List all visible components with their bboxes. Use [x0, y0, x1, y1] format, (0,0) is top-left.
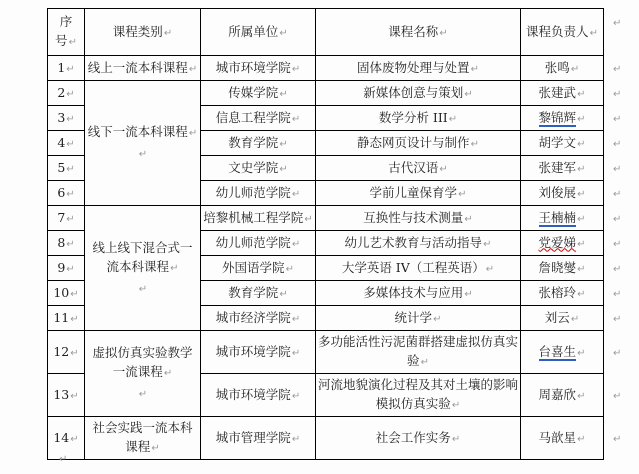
pilcrow-mark: ↵ [292, 189, 300, 200]
cell-leader: 詹晓燮↵ [521, 256, 604, 281]
leader-name: 马歆星 [539, 430, 577, 445]
cell-unit: 外国语学院↵ [201, 256, 316, 281]
pilcrow-mark: ↵ [577, 239, 585, 250]
pilcrow-mark: ↵ [139, 149, 147, 160]
cell-index: 3↵ [48, 106, 85, 131]
cell-index: 6↵ [48, 181, 85, 206]
pilcrow-mark: ↵ [279, 164, 287, 175]
row-end-mark: ↵ [604, 56, 634, 81]
pilcrow-mark: ↵ [458, 189, 466, 200]
pilcrow-mark: ↵ [613, 434, 621, 445]
cell-course: 大学英语 IV（工程英语）↵ [316, 256, 521, 281]
pilcrow-mark: ↵ [66, 64, 74, 75]
pilcrow-mark: ↵ [613, 264, 621, 275]
pilcrow-mark: ↵ [433, 314, 441, 325]
cell-category: 线下一流本科课程↵↵ [85, 81, 201, 206]
cell-leader: 马歆星↵ [521, 417, 604, 460]
pilcrow-mark: ↵ [292, 391, 300, 402]
cell-leader: 刘云↵ [521, 306, 604, 331]
pilcrow-mark: ↵ [421, 357, 429, 368]
category-label: 线上一流本科课程 [88, 60, 188, 75]
pilcrow-mark: ↵ [66, 264, 74, 275]
header-cell-4: 课程负责人↵ [521, 9, 604, 56]
header-row: 序 号↵课程类别↵所属单位↵课程名称↵课程负责人↵↵ [48, 9, 634, 56]
pilcrow-mark: ↵ [577, 189, 585, 200]
cell-unit: 教育学院↵ [201, 281, 316, 306]
pilcrow-mark: ↵ [613, 239, 621, 250]
pilcrow-mark: ↵ [452, 434, 460, 445]
cell-leader: 台喜生↵ [521, 331, 604, 374]
pilcrow-mark: ↵ [279, 89, 287, 100]
row-end-mark: ↵ [604, 256, 634, 281]
course-name: 多媒体技术与应用 [363, 285, 463, 300]
table-body: 1↵线上一流本科课程↵城市环境学院↵固体废物处理与处置↵张鸣↵↵2↵线下一流本科… [48, 56, 634, 460]
category-label: 社会实践一流本科课程 [92, 420, 192, 454]
row-number: 9 [57, 260, 65, 275]
cell-course: 统计学↵ [316, 306, 521, 331]
pilcrow-mark: ↵ [613, 214, 621, 225]
pilcrow-mark: ↵ [59, 454, 67, 465]
cell-leader: 张榕玲↵ [521, 281, 604, 306]
table-row: 7↵线上线下混合式一流本科课程↵↵培黎机械工程学院↵互换性与技术测量↵王楠楠↵↵ [48, 206, 634, 231]
cell-leader: 王楠楠↵ [521, 206, 604, 231]
row-number: 4 [57, 135, 65, 150]
course-table: 序 号↵课程类别↵所属单位↵课程名称↵课程负责人↵↵ 1↵线上一流本科课程↵城市… [47, 8, 634, 460]
header-label-1: 课程类别 [113, 24, 163, 39]
cell-unit: 幼儿师范学院↵ [201, 231, 316, 256]
cell-index: 2↵ [48, 81, 85, 106]
header-label-2: 所属单位 [228, 24, 278, 39]
row-number: 3 [57, 110, 65, 125]
empty-paragraph-mark: ↵ [87, 278, 198, 299]
category-label: 虚拟仿真实验教学一流课程 [92, 345, 192, 379]
cell-course: 固体废物处理与处置↵ [316, 56, 521, 81]
header-cell-3: 课程名称↵ [316, 9, 521, 56]
pilcrow-mark: ↵ [164, 368, 172, 379]
pilcrow-mark: ↵ [613, 164, 621, 175]
pilcrow-mark: ↵ [292, 239, 300, 250]
cell-leader: 党爱娣↵ [521, 231, 604, 256]
row-end-mark: ↵ [604, 106, 634, 131]
cell-leader: 胡学文↵ [521, 131, 604, 156]
course-name: 古代汉语 [388, 160, 438, 175]
pilcrow-mark: ↵ [590, 28, 598, 39]
pilcrow-mark: ↵ [452, 400, 460, 411]
pilcrow-mark: ↵ [613, 114, 621, 125]
unit-name: 幼儿师范学院 [216, 185, 291, 200]
header-cell-1: 课程类别↵ [85, 9, 201, 56]
pilcrow-mark: ↵ [449, 114, 457, 125]
leader-name: 胡学文 [539, 135, 577, 150]
row-number: 8 [57, 235, 65, 250]
cell-course: 多媒体技术与应用↵ [316, 281, 521, 306]
row-number: 2 [57, 85, 65, 100]
pilcrow-mark: ↵ [483, 239, 491, 250]
leader-name: 张榕玲 [539, 285, 577, 300]
pilcrow-mark: ↵ [577, 289, 585, 300]
pilcrow-mark: ↵ [471, 139, 479, 150]
cell-category: 虚拟仿真实验教学一流课程↵↵ [85, 331, 201, 417]
cell-leader: 张建武↵ [521, 81, 604, 106]
cell-unit: 培黎机械工程学院↵ [201, 206, 316, 231]
course-name: 固体废物处理与处置 [357, 60, 470, 75]
table-row: 2↵线下一流本科课程↵↵传媒学院↵新媒体创意与策划↵张建武↵↵ [48, 81, 634, 106]
cell-index: 8↵ [48, 231, 85, 256]
pilcrow-mark: ↵ [613, 64, 621, 75]
cell-unit: 信息工程学院↵ [201, 106, 316, 131]
pilcrow-mark: ↵ [577, 164, 585, 175]
pilcrow-mark: ↵ [577, 89, 585, 100]
cell-leader: 周嘉欣↵ [521, 374, 604, 417]
cell-course: 数学分析 III↵ [316, 106, 521, 131]
cell-course: 静态网页设计与制作↵ [316, 131, 521, 156]
cell-index: 1↵ [48, 56, 85, 81]
leader-name: 张建军 [539, 160, 577, 175]
leader-name: 詹晓燮 [539, 260, 577, 275]
leader-name: 刘云 [545, 310, 570, 325]
course-name: 静态网页设计与制作 [357, 135, 470, 150]
pilcrow-mark: ↵ [292, 114, 300, 125]
cell-unit: 文史学院↵ [201, 156, 316, 181]
cell-index: 11↵ [48, 306, 85, 331]
table-row: 1↵线上一流本科课程↵城市环境学院↵固体废物处理与处置↵张鸣↵↵ [48, 56, 634, 81]
cell-index: 9↵ [48, 256, 85, 281]
pilcrow-mark: ↵ [189, 64, 197, 75]
unit-name: 城市经济学院 [216, 310, 291, 325]
row-number: 14 [53, 430, 69, 445]
row-end-mark: ↵ [604, 156, 634, 181]
pilcrow-mark: ↵ [577, 264, 585, 275]
pilcrow-mark: ↵ [66, 114, 74, 125]
pilcrow-mark: ↵ [464, 214, 472, 225]
pilcrow-mark: ↵ [577, 391, 585, 402]
pilcrow-mark: ↵ [286, 264, 294, 275]
cell-unit: 幼儿师范学院↵ [201, 181, 316, 206]
pilcrow-mark: ↵ [439, 28, 447, 39]
pilcrow-mark: ↵ [70, 289, 78, 300]
pilcrow-mark: ↵ [139, 389, 147, 400]
pilcrow-mark: ↵ [70, 348, 78, 359]
course-name: 统计学 [395, 310, 433, 325]
pilcrow-mark: ↵ [613, 89, 621, 100]
cell-unit: 城市管理学院↵ [201, 417, 316, 460]
row-end-mark: ↵ [604, 206, 634, 231]
pilcrow-mark: ↵ [577, 348, 585, 359]
leader-name: 王楠楠 [539, 210, 577, 227]
table-header: 序 号↵课程类别↵所属单位↵课程名称↵课程负责人↵↵ [48, 9, 634, 56]
cell-unit: 城市经济学院↵ [201, 306, 316, 331]
unit-name: 培黎机械工程学院 [203, 210, 303, 225]
pilcrow-mark: ↵ [613, 391, 621, 402]
leader-name: 张鸣 [545, 60, 570, 75]
cell-index: 4↵ [48, 131, 85, 156]
unit-name: 信息工程学院 [216, 110, 291, 125]
course-name: 新媒体创意与策划 [363, 85, 463, 100]
pilcrow-mark: ↵ [464, 289, 472, 300]
pilcrow-mark: ↵ [304, 214, 312, 225]
table-row: 12↵虚拟仿真实验教学一流课程↵↵城市环境学院↵多功能活性污泥菌群搭建虚拟仿真实… [48, 331, 634, 374]
row-number: 6 [57, 185, 65, 200]
row-number: 11 [53, 310, 69, 325]
pilcrow-mark: ↵ [66, 164, 74, 175]
category-text: 虚拟仿真实验教学一流课程↵ [92, 345, 192, 379]
pilcrow-mark: ↵ [189, 128, 197, 139]
row-number: 7 [57, 210, 65, 225]
empty-paragraph-mark: ↵ [87, 143, 198, 164]
row-number: 12 [53, 344, 69, 359]
course-name: 学前儿童保育学 [370, 185, 458, 200]
pilcrow-mark: ↵ [70, 434, 78, 445]
row-end-mark: ↵ [604, 417, 634, 460]
row-end-mark: ↵ [604, 374, 634, 417]
course-name: 幼儿艺术教育与活动指导 [345, 235, 483, 250]
cell-course: 学前儿童保育学↵ [316, 181, 521, 206]
row-end-mark: ↵ [604, 231, 634, 256]
category-text: 社会实践一流本科课程↵ [92, 420, 192, 454]
cell-course: 古代汉语↵ [316, 156, 521, 181]
pilcrow-mark: ↵ [613, 314, 621, 325]
pilcrow-mark: ↵ [486, 264, 494, 275]
leader-name: 周嘉欣 [539, 387, 577, 402]
header-cell-2: 所属单位↵ [201, 9, 316, 56]
course-name: 数学分析 III [379, 110, 448, 125]
pilcrow-mark: ↵ [139, 284, 147, 295]
pilcrow-mark: ↵ [577, 434, 585, 445]
row-number: 10 [53, 285, 69, 300]
row-end-mark: ↵ [604, 306, 634, 331]
course-name: 多功能活性污泥菌群搭建虚拟仿真实验 [318, 334, 518, 368]
pilcrow-mark: ↵ [571, 314, 579, 325]
pilcrow-mark: ↵ [613, 289, 621, 300]
cell-leader: 张鸣↵ [521, 56, 604, 81]
pilcrow-mark: ↵ [292, 64, 300, 75]
pilcrow-mark: ↵ [69, 37, 77, 48]
cell-index: 7↵ [48, 206, 85, 231]
leader-name: 张建武 [539, 85, 577, 100]
pilcrow-mark: ↵ [439, 164, 447, 175]
pilcrow-mark: ↵ [577, 214, 585, 225]
table-row: 14↵社会实践一流本科课程↵城市管理学院↵社会工作实务↵马歆星↵↵ [48, 417, 634, 460]
row-end-mark: ↵ [604, 331, 634, 374]
cell-course: 河流地貌演化过程及其对土壤的影响模拟仿真实验↵ [316, 374, 521, 417]
pilcrow-mark: ↵ [170, 263, 178, 274]
cell-category: 社会实践一流本科课程↵ [85, 417, 201, 460]
pilcrow-mark: ↵ [471, 64, 479, 75]
leader-name: 台喜生 [539, 344, 577, 361]
row-end-mark: ↵ [604, 9, 634, 56]
cell-unit: 传媒学院↵ [201, 81, 316, 106]
pilcrow-mark: ↵ [151, 443, 159, 454]
cell-unit: 教育学院↵ [201, 131, 316, 156]
leader-name: 刘俊展 [539, 185, 577, 200]
pilcrow-mark: ↵ [66, 189, 74, 200]
row-end-mark: ↵ [604, 131, 634, 156]
unit-name: 外国语学院 [222, 260, 285, 275]
pilcrow-mark: ↵ [292, 314, 300, 325]
unit-name: 文史学院 [228, 160, 278, 175]
unit-name: 城市环境学院 [216, 387, 291, 402]
pilcrow-mark: ↵ [613, 348, 621, 359]
pilcrow-mark: ↵ [164, 28, 172, 39]
unit-name: 传媒学院 [228, 85, 278, 100]
unit-name: 城市环境学院 [216, 344, 291, 359]
cell-index: 13↵ [48, 374, 85, 417]
cell-course: 新媒体创意与策划↵ [316, 81, 521, 106]
pilcrow-mark: ↵ [613, 189, 621, 200]
course-name: 社会工作实务 [376, 430, 451, 445]
pilcrow-mark: ↵ [292, 348, 300, 359]
cell-leader: 张建军↵ [521, 156, 604, 181]
header-cell-0: 序 号↵ [48, 9, 85, 56]
category-text: 线上线下混合式一流本科课程↵ [92, 240, 192, 274]
cell-course: 互换性与技术测量↵ [316, 206, 521, 231]
course-name: 大学英语 IV（工程英语） [342, 260, 485, 275]
pilcrow-mark: ↵ [279, 289, 287, 300]
unit-name: 城市环境学院 [216, 60, 291, 75]
empty-paragraph-mark: ↵ [87, 383, 198, 404]
category-text: 线上一流本科课程↵ [88, 60, 197, 75]
leader-name: 党爱娣 [539, 235, 577, 250]
cell-category: 线上一流本科课程↵ [85, 56, 201, 81]
pilcrow-mark: ↵ [70, 314, 78, 325]
pilcrow-mark: ↵ [66, 89, 74, 100]
pilcrow-mark: ↵ [66, 139, 74, 150]
unit-name: 教育学院 [228, 285, 278, 300]
cell-course: 社会工作实务↵ [316, 417, 521, 460]
row-end-mark: ↵ [604, 181, 634, 206]
pilcrow-mark: ↵ [577, 114, 585, 125]
leader-name: 黎锦辉 [539, 110, 577, 127]
pilcrow-mark: ↵ [66, 214, 74, 225]
pilcrow-mark: ↵ [292, 434, 300, 445]
cell-index: 10↵ [48, 281, 85, 306]
unit-name: 幼儿师范学院 [216, 235, 291, 250]
pilcrow-mark: ↵ [464, 89, 472, 100]
cell-category: 线上线下混合式一流本科课程↵↵ [85, 206, 201, 331]
row-number: 1 [57, 60, 65, 75]
cell-index: 5↵ [48, 156, 85, 181]
row-number: 13 [53, 387, 69, 402]
pilcrow-mark: ↵ [613, 18, 621, 29]
cell-unit: 城市环境学院↵ [201, 374, 316, 417]
cell-course: 幼儿艺术教育与活动指导↵ [316, 231, 521, 256]
pilcrow-mark: ↵ [70, 391, 78, 402]
course-name: 河流地貌演化过程及其对土壤的影响模拟仿真实验 [318, 377, 518, 411]
cell-unit: 城市环境学院↵ [201, 56, 316, 81]
cell-leader: 刘俊展↵ [521, 181, 604, 206]
cell-unit: 城市环境学院↵ [201, 331, 316, 374]
header-label-4: 课程负责人 [526, 24, 589, 39]
pilcrow-mark: ↵ [571, 64, 579, 75]
category-text: 线下一流本科课程↵ [88, 124, 197, 139]
unit-name: 城市管理学院 [216, 430, 291, 445]
pilcrow-mark: ↵ [279, 139, 287, 150]
pilcrow-mark: ↵ [613, 139, 621, 150]
row-end-mark: ↵ [604, 81, 634, 106]
cell-index: 12↵ [48, 331, 85, 374]
pilcrow-mark: ↵ [279, 28, 287, 39]
cell-leader: 黎锦辉↵ [521, 106, 604, 131]
unit-name: 教育学院 [228, 135, 278, 150]
row-end-mark: ↵ [604, 281, 634, 306]
course-name: 互换性与技术测量 [363, 210, 463, 225]
pilcrow-mark: ↵ [577, 139, 585, 150]
row-number: 5 [57, 160, 65, 175]
pilcrow-mark: ↵ [66, 239, 74, 250]
cell-course: 多功能活性污泥菌群搭建虚拟仿真实验↵ [316, 331, 521, 374]
category-label: 线下一流本科课程 [88, 124, 188, 139]
header-label-3: 课程名称 [388, 24, 438, 39]
